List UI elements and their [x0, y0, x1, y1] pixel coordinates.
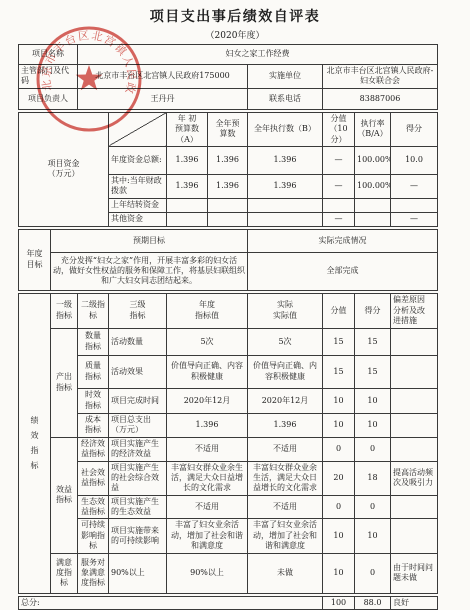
indicators-side-label: 绩 效 指 标 — [19, 293, 51, 593]
indicator-target: 1.396 — [167, 413, 248, 437]
funds-header-year-budget: 全年预 算数 — [208, 112, 248, 146]
indicator-got: 0 — [355, 437, 391, 461]
funds-header-begin-budget: 年 初 预算数 （A） — [167, 112, 208, 146]
indicator-deviation — [391, 355, 438, 388]
indicator-level3: 项目实施产生的经济效益 — [109, 437, 167, 461]
indicator-level2: 质量 指标 — [78, 355, 109, 388]
indicator-target: 5次 — [167, 328, 248, 355]
indicator-actual: 2020年12月 — [248, 388, 323, 413]
funds-header-exec: 全年执行数（B） — [248, 112, 323, 146]
table-row: 质量 指标 活动效果 价值导向正确、内容积极健康 价值导向正确、内容积极健康 1… — [19, 355, 438, 388]
goal-actual-text: 全部完成 — [248, 252, 438, 290]
goal-expected-text: 充分发挥“妇女之家”作用，开展丰富多彩的妇女活动，做好女性权益的服务和保障工作，… — [51, 252, 248, 290]
total-grade: 良好 — [391, 596, 438, 609]
funds-row-label: 其他资金 — [109, 212, 167, 226]
indicator-actual: 未做 — [248, 553, 323, 593]
indicator-level2: 经济效 益指标 — [78, 437, 109, 461]
dept-label: 主管部门及代码 — [19, 65, 78, 89]
indicator-target: 不适用 — [167, 495, 248, 519]
indicator-got: 15 — [355, 355, 391, 388]
indicator-got: 10 — [355, 388, 391, 413]
table-row: 年度 目标 预期目标 实际完成情况 — [19, 229, 438, 252]
funds-header-score: 分值 （10分） — [323, 112, 355, 146]
indicator-level2: 生态效 益指标 — [78, 495, 109, 519]
group-output: 产出 指标 — [51, 328, 78, 437]
indicator-actual: 丰富了妇女业余活动，增加了社会和谐和满意度 — [248, 519, 323, 553]
indicator-level3: 项目实施产生的生态效益 — [109, 495, 167, 519]
funds-cell: 1.396 — [208, 146, 248, 174]
indicator-score: 15 — [323, 355, 355, 388]
indicator-level3: 项目实施带来的可持续影响 — [109, 519, 167, 553]
header-deviation: 偏差原因 分析及改 进措施 — [391, 293, 438, 328]
funds-cell — [208, 198, 248, 212]
indicator-level2: 时效 指标 — [78, 388, 109, 413]
total-score: 100 — [323, 596, 355, 609]
funds-cell — [323, 198, 355, 212]
header-target: 年度 指标值 — [167, 293, 248, 328]
indicator-level2: 可持续 影响指 标 — [78, 519, 109, 553]
indicator-target: 丰富了妇女业余活动，增加了社会和谐和满意度 — [167, 519, 248, 553]
indicator-deviation — [391, 328, 438, 355]
funds-cell: — — [323, 174, 355, 198]
indicator-target: 不适用 — [167, 437, 248, 461]
funds-cell: 10.0 — [391, 146, 438, 174]
impl-unit-label: 实施单位 — [248, 65, 323, 89]
funds-cell — [355, 212, 391, 226]
indicator-got: 15 — [355, 328, 391, 355]
funds-cell: — — [323, 146, 355, 174]
page-subtitle: （2020年度） — [0, 28, 470, 41]
funds-cell — [355, 198, 391, 212]
indicator-deviation — [391, 437, 438, 461]
funds-cell: 1.396 — [248, 174, 323, 198]
indicator-score: 10 — [323, 519, 355, 553]
total-label: 总分: — [19, 596, 323, 609]
indicator-score: 10 — [323, 553, 355, 593]
header-level3: 三级 指标 — [109, 293, 167, 328]
indicator-deviation — [391, 495, 438, 519]
table-row: 产出 指标 数量 指标 活动数量 5次 5次 15 15 — [19, 328, 438, 355]
indicator-target: 90%以上 — [167, 553, 248, 593]
goal-expected-header: 预期目标 — [51, 229, 248, 252]
indicator-deviation — [391, 519, 438, 553]
funds-cell: — — [323, 212, 355, 226]
table-row: 项目资金 （万元） 年 初 预算数 （A） 全年预 算数 全年执行数（B） 分值… — [19, 112, 438, 146]
group-benefit: 效益 指标 — [51, 437, 78, 553]
impl-unit-value: 北京市丰台区北宫镇人民政府-妇女联合会 — [323, 65, 438, 89]
total-got: 88.0 — [355, 596, 391, 609]
indicator-level2: 数量 指标 — [78, 328, 109, 355]
indicator-deviation — [391, 413, 438, 437]
table-row: 成本 指标 项目总支出（万元） 1.396 1.396 10 10 — [19, 413, 438, 437]
indicator-level2: 服务对 象满意 度指标 — [78, 553, 109, 593]
indicator-actual: 5次 — [248, 328, 323, 355]
table-row: 项目负责人 王丹丹 联系电话 83887006 — [19, 88, 438, 109]
funds-cell: 1.396 — [167, 174, 208, 198]
indicators-table: 绩 效 指 标 一级 指标 二级指 标 三级 指标 年度 指标值 实际 实际值 … — [18, 293, 438, 594]
phone-label: 联系电话 — [248, 88, 323, 109]
indicator-deviation — [391, 388, 438, 413]
table-row: 充分发挥“妇女之家”作用，开展丰富多彩的妇女活动，做好女性权益的服务和保障工作，… — [19, 252, 438, 290]
funds-row-label: 年度资金总额: — [109, 146, 167, 174]
indicator-deviation: 提高活动频次及吸引力 — [391, 461, 438, 495]
funds-cell — [391, 198, 438, 212]
funds-cell: 1.396 — [248, 146, 323, 174]
funds-diagonal-cell — [109, 112, 167, 146]
funds-section-label: 项目资金 （万元） — [19, 112, 109, 226]
indicator-score: 0 — [323, 437, 355, 461]
header-level2: 二级指 标 — [78, 293, 109, 328]
header-got: 得分 — [355, 293, 391, 328]
indicator-actual: 不适用 — [248, 437, 323, 461]
info-table: 项目名称 妇女之家工作经费 主管部门及代码 北京市丰台区北宫镇人民政府17500… — [18, 44, 438, 110]
indicator-target: 丰富妇女群众业余生活，满足大众日益增长的文化需求 — [167, 461, 248, 495]
indicator-actual: 不适用 — [248, 495, 323, 519]
indicator-got: 10 — [355, 519, 391, 553]
table-row: 满意 度指 标 服务对 象满意 度指标 90%以上 90%以上 未做 10 0 … — [19, 553, 438, 593]
indicator-level2: 社会效 益指标 — [78, 461, 109, 495]
table-row: 可持续 影响指 标 项目实施带来的可持续影响 丰富了妇女业余活动，增加了社会和谐… — [19, 519, 438, 553]
funds-header-got: 得分 — [391, 112, 438, 146]
table-row: 效益 指标 经济效 益指标 项目实施产生的经济效益 不适用 不适用 0 0 — [19, 437, 438, 461]
funds-cell — [208, 212, 248, 226]
project-name-value: 妇女之家工作经费 — [78, 45, 438, 65]
indicator-level3: 90%以上 — [109, 553, 167, 593]
funds-cell: 1.396 — [208, 174, 248, 198]
indicator-score: 0 — [323, 495, 355, 519]
indicator-score: 10 — [323, 413, 355, 437]
leader-label: 项目负责人 — [19, 88, 78, 109]
total-table: 总分: 100 88.0 良好 — [18, 596, 438, 610]
funds-cell: — — [391, 212, 438, 226]
funds-table: 项目资金 （万元） 年 初 预算数 （A） 全年预 算数 全年执行数（B） 分值… — [18, 112, 438, 227]
table-row: 时效 指标 项目完成时间 2020年12月 2020年12月 10 10 — [19, 388, 438, 413]
indicator-score: 20 — [323, 461, 355, 495]
indicator-actual: 1.396 — [248, 413, 323, 437]
table-row: 生态效 益指标 项目实施产生的生态效益 不适用 不适用 0 0 — [19, 495, 438, 519]
indicator-got: 18 — [355, 461, 391, 495]
indicator-level3: 活动效果 — [109, 355, 167, 388]
indicator-level3: 活动数量 — [109, 328, 167, 355]
project-name-label: 项目名称 — [19, 45, 78, 65]
indicator-level2: 成本 指标 — [78, 413, 109, 437]
leader-value: 王丹丹 — [78, 88, 248, 109]
table-row: 项目名称 妇女之家工作经费 — [19, 45, 438, 65]
indicator-score: 15 — [323, 328, 355, 355]
dept-value: 北京市丰台区北宫镇人民政府175000 — [78, 65, 248, 89]
funds-cell: 100.00% — [355, 174, 391, 198]
funds-cell: — — [391, 174, 438, 198]
goal-actual-header: 实际完成情况 — [248, 229, 438, 252]
funds-cell: 1.396 — [167, 146, 208, 174]
funds-cell — [167, 198, 208, 212]
form-tables: 项目名称 妇女之家工作经费 主管部门及代码 北京市丰台区北宫镇人民政府17500… — [18, 44, 437, 610]
goal-table: 年度 目标 预期目标 实际完成情况 充分发挥“妇女之家”作用，开展丰富多彩的妇女… — [18, 229, 438, 291]
table-row: 主管部门及代码 北京市丰台区北宫镇人民政府175000 实施单位 北京市丰台区北… — [19, 65, 438, 89]
indicator-deviation: 由于时间问题未做 — [391, 553, 438, 593]
indicator-level3: 项目实施产生的社会综合效益 — [109, 461, 167, 495]
funds-header-rate: 执行率 （B/A） — [355, 112, 391, 146]
header-actual: 实际 实际值 — [248, 293, 323, 328]
indicator-level3: 项目总支出（万元） — [109, 413, 167, 437]
table-row: 社会效 益指标 项目实施产生的社会综合效益 丰富妇女群众业余生活，满足大众日益增… — [19, 461, 438, 495]
funds-cell: 100.00% — [355, 146, 391, 174]
indicator-target: 价值导向正确、内容积极健康 — [167, 355, 248, 388]
table-row: 总分: 100 88.0 良好 — [19, 596, 438, 609]
indicator-actual: 丰富妇女群众业余生活，满足大众日益增长的文化需求 — [248, 461, 323, 495]
group-satisfaction: 满意 度指 标 — [51, 553, 78, 593]
funds-cell — [248, 212, 323, 226]
indicator-target: 2020年12月 — [167, 388, 248, 413]
indicator-level3: 项目完成时间 — [109, 388, 167, 413]
header-score: 分值 — [323, 293, 355, 328]
indicator-got: 10 — [355, 413, 391, 437]
indicator-score: 10 — [323, 388, 355, 413]
indicator-got: 0 — [355, 553, 391, 593]
page-title: 项目支出事后绩效自评表 — [0, 6, 470, 26]
table-row: 绩 效 指 标 一级 指标 二级指 标 三级 指标 年度 指标值 实际 实际值 … — [19, 293, 438, 328]
funds-cell — [167, 212, 208, 226]
goal-section-label: 年度 目标 — [19, 229, 51, 290]
funds-cell — [248, 198, 323, 212]
header-level1: 一级 指标 — [51, 293, 78, 328]
phone-value: 83887006 — [323, 88, 438, 109]
indicator-got: 0 — [355, 495, 391, 519]
indicator-actual: 价值导向正确、内容积极健康 — [248, 355, 323, 388]
funds-row-label: 上年结转资金 — [109, 198, 167, 212]
funds-row-label: 其中:当年财政拨款 — [109, 174, 167, 198]
